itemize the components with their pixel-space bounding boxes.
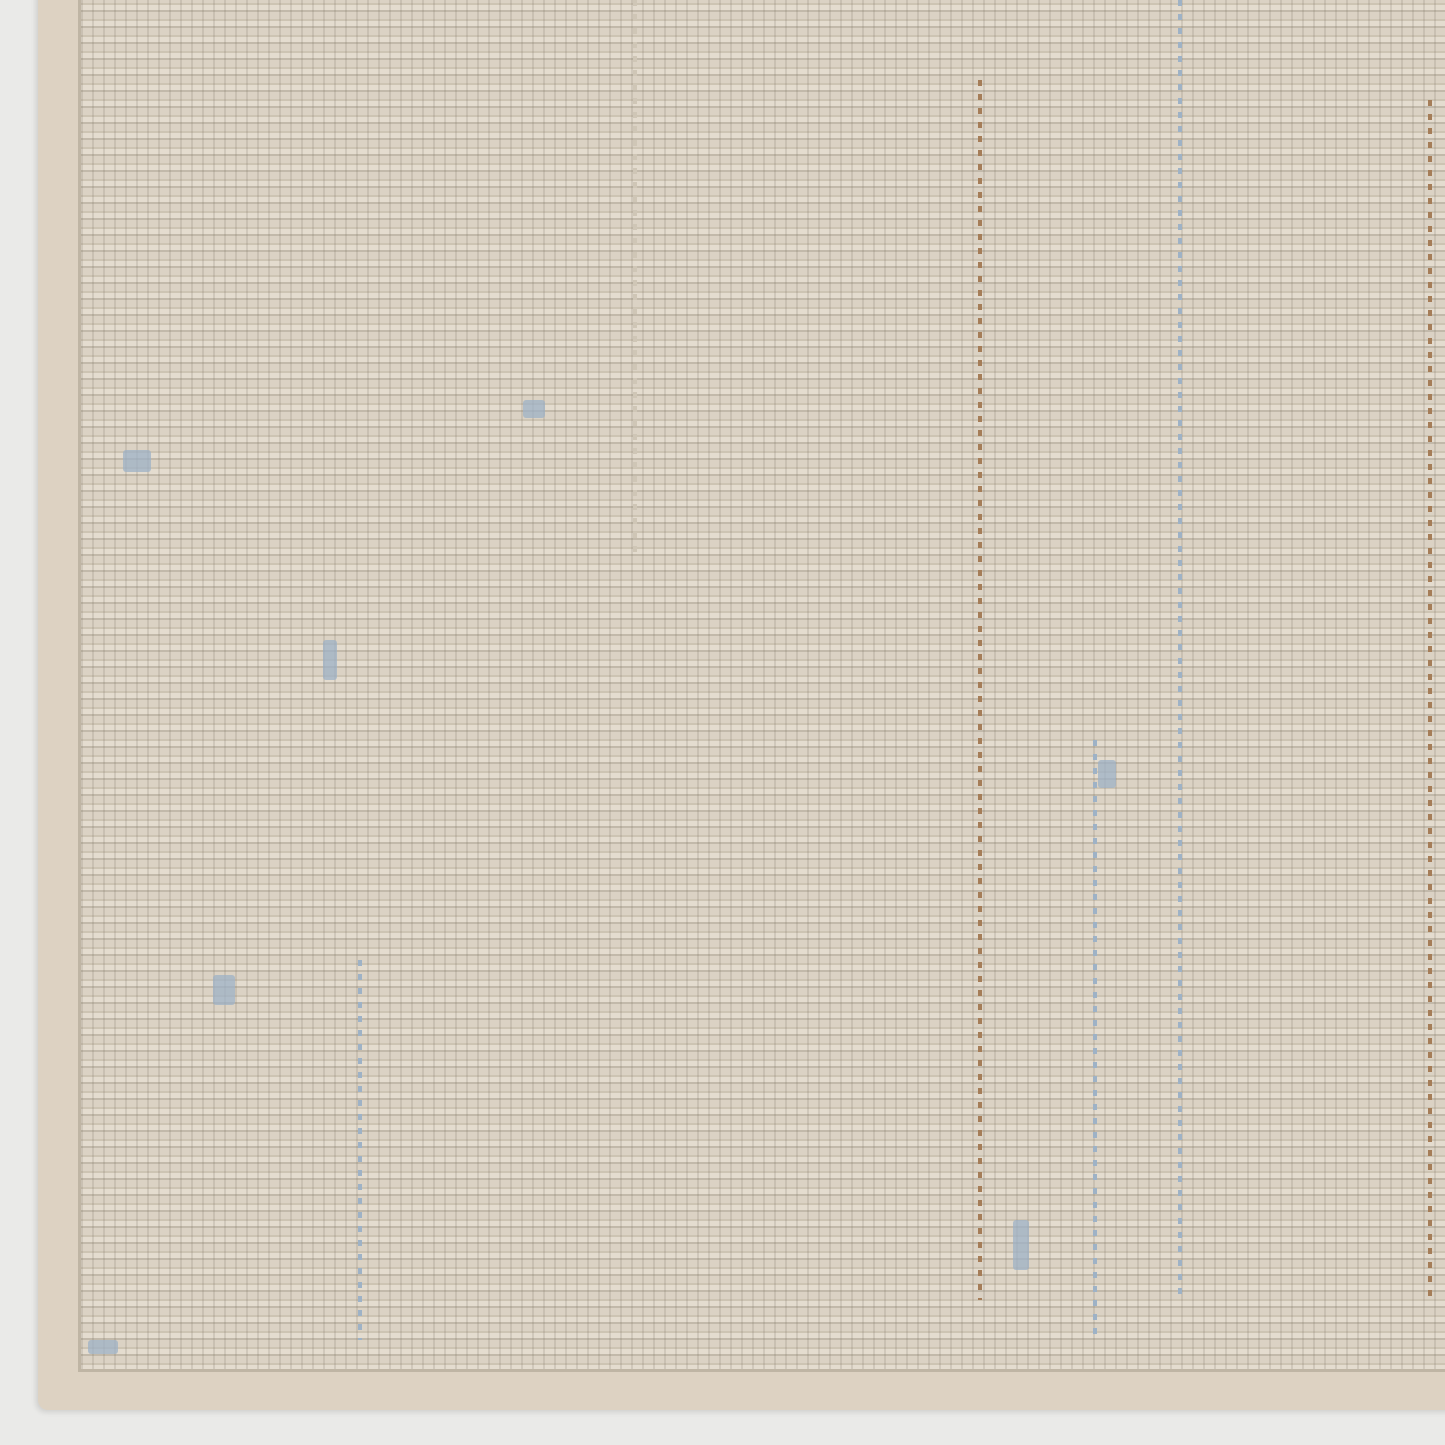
blue-yarn-speck <box>88 1340 118 1354</box>
weave-texture <box>81 0 1445 1369</box>
blue-yarn-speck <box>323 640 337 680</box>
accent-line <box>978 80 982 1300</box>
blue-yarn-speck <box>213 975 235 1005</box>
blue-yarn-speck <box>523 400 545 418</box>
accent-line <box>633 0 637 560</box>
accent-line <box>1178 0 1182 1300</box>
blue-yarn-speck <box>123 450 151 472</box>
rug-photo <box>0 0 1445 1445</box>
accent-line <box>1428 100 1432 1300</box>
rug <box>38 0 1445 1410</box>
rug-weave-field <box>78 0 1445 1372</box>
blue-yarn-speck <box>1013 1220 1029 1270</box>
blue-yarn-speck <box>1098 760 1116 788</box>
accent-line <box>358 960 362 1340</box>
accent-line <box>1093 740 1097 1340</box>
